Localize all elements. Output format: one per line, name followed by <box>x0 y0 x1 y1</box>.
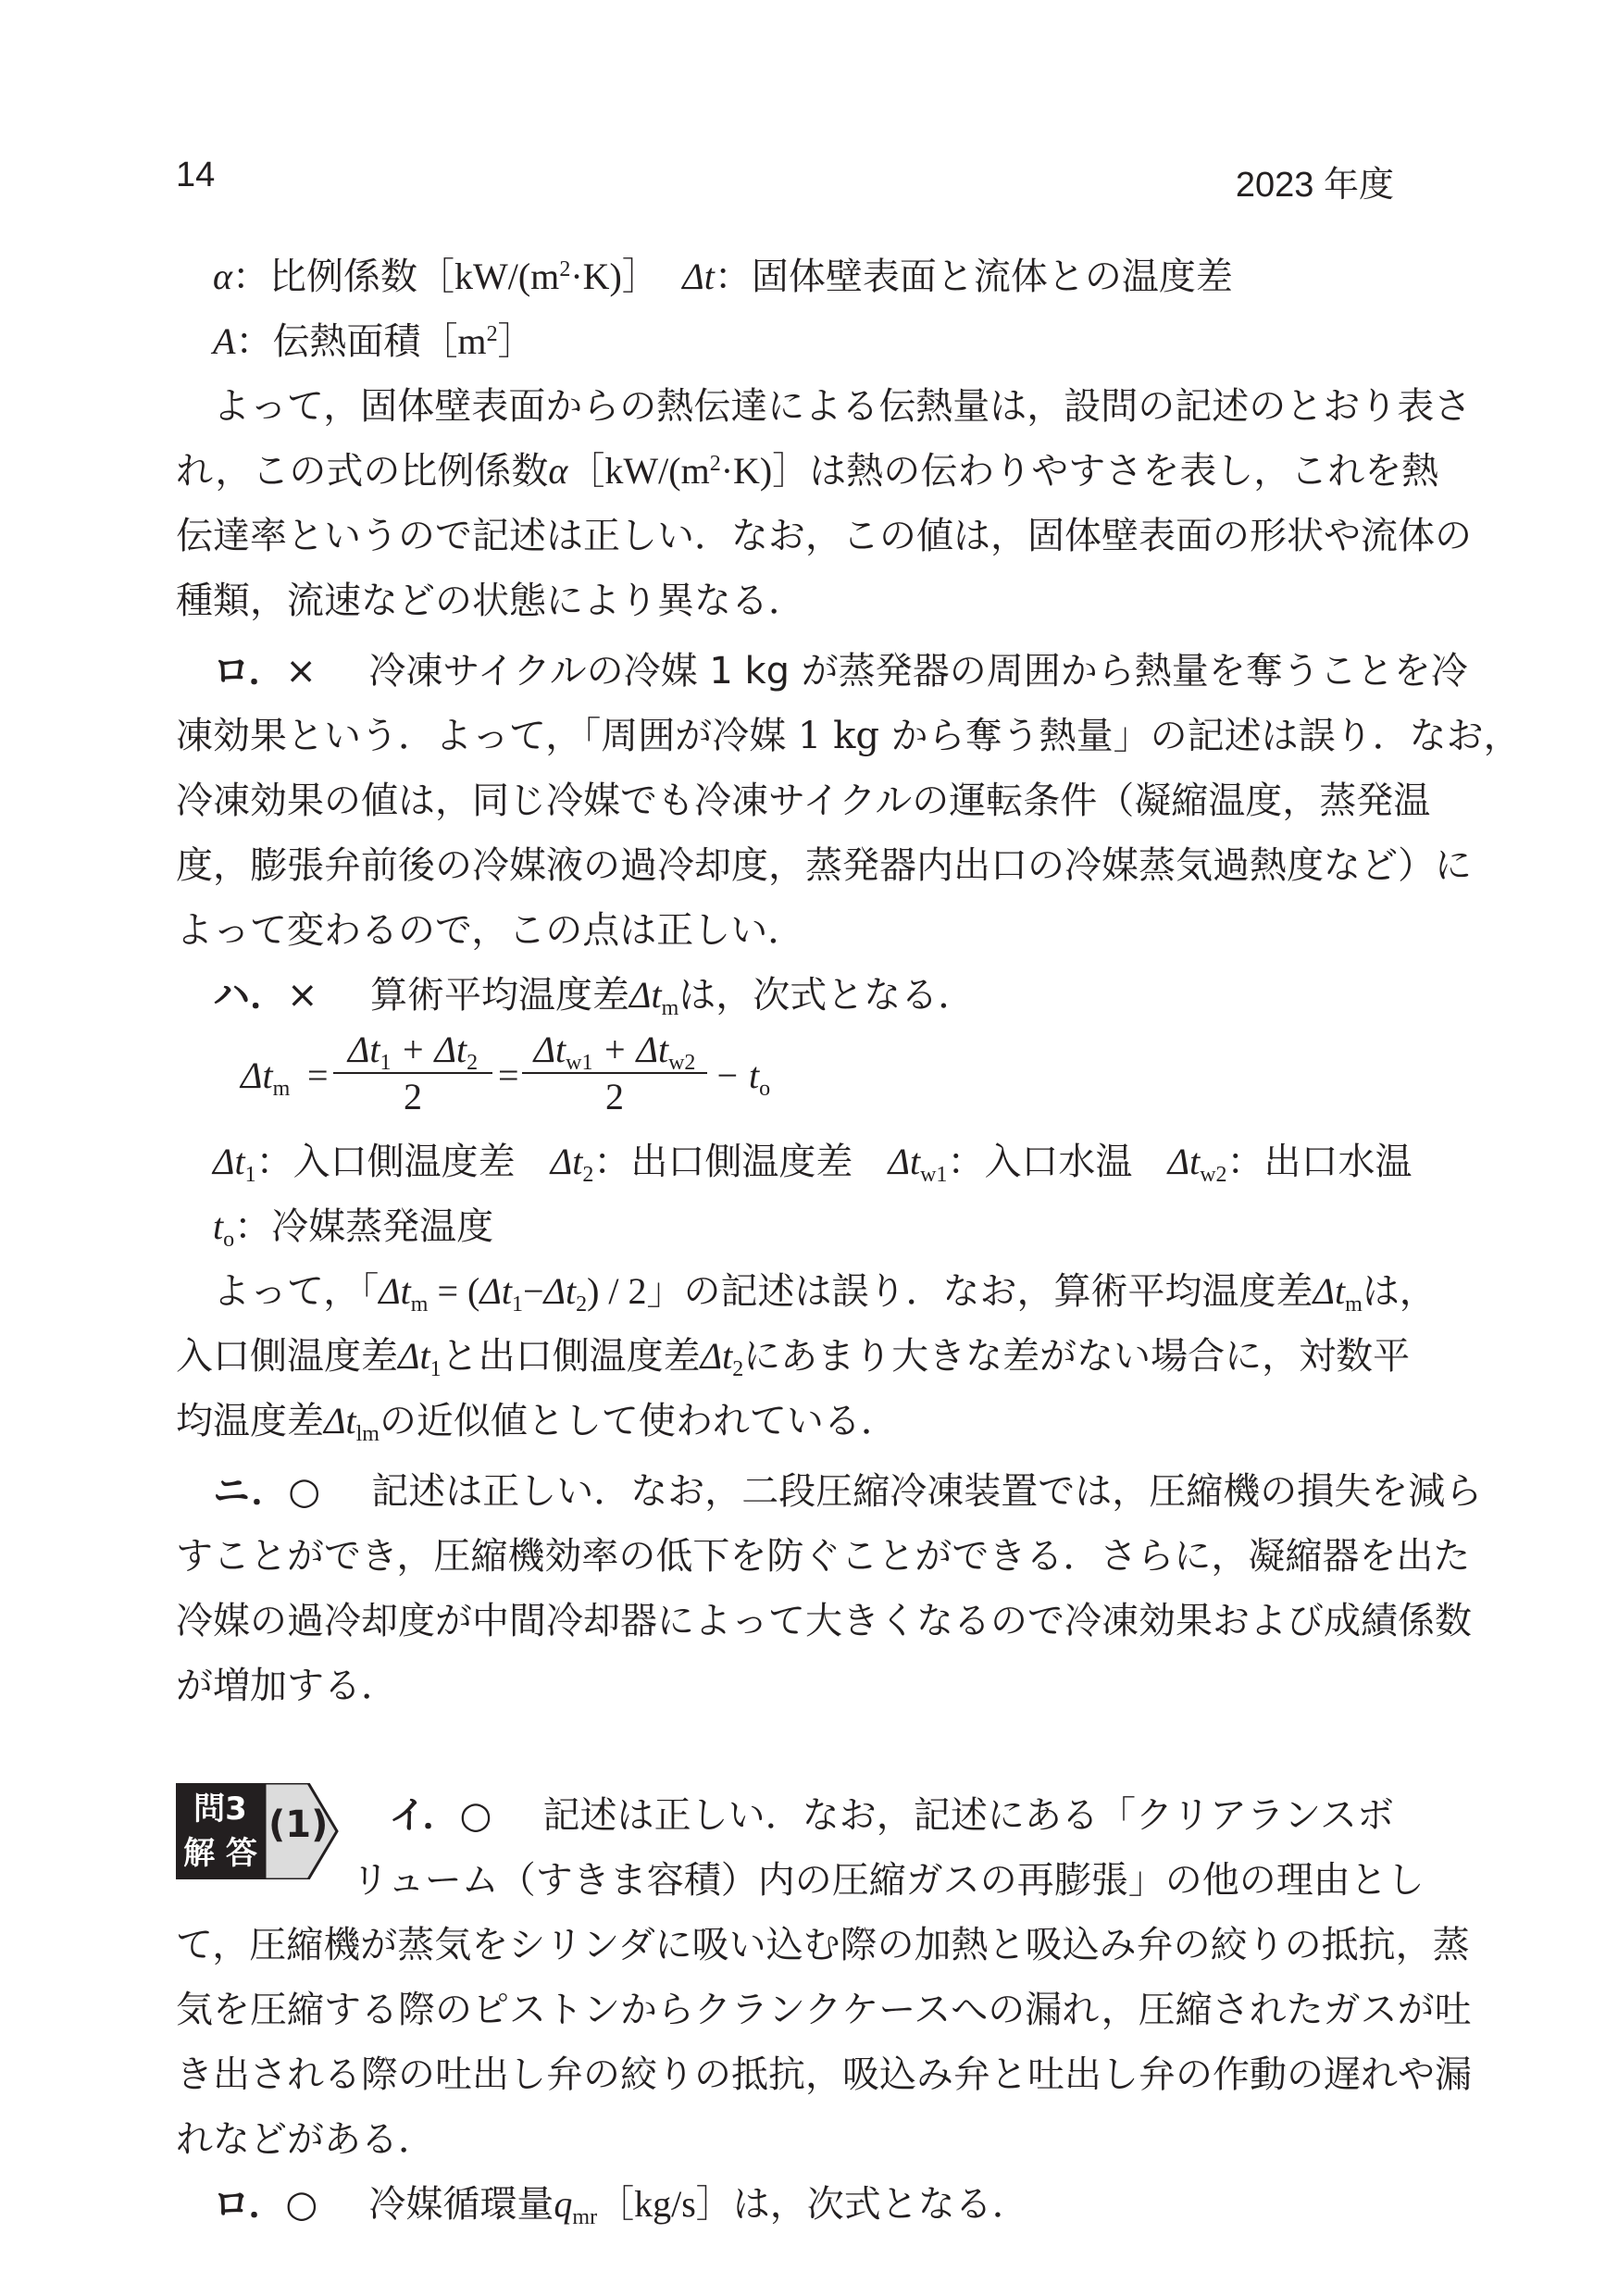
item-mark: イ． <box>389 1794 459 1837</box>
page-header: 14 2023 年度 <box>176 156 1394 202</box>
item-ro-line: ロ．×冷凍サイクルの冷媒 1 kg が蒸発器の周囲から熱量を奪うことを冷 <box>176 639 1394 704</box>
paragraph-line: れなどがある． <box>176 2107 1394 2172</box>
page-number: 14 <box>176 156 215 195</box>
paragraph-line: れ，この式の比例係数α［kW/(m2·K)］は熱の伝わりやすさを表し，これを熱 <box>176 439 1394 504</box>
item-mark: ニ． <box>213 1470 288 1513</box>
paragraph-line: 冷凍効果の値は，同じ冷媒でも冷凍サイクルの運転条件（凝縮温度，蒸発温 <box>176 768 1394 833</box>
paragraph-line: 度，膨張弁前後の冷媒液の過冷却度，蒸発器内出口の冷媒蒸気過熱度など）に <box>176 833 1394 898</box>
page-body: α：比例係数［kW/(m2·K)］ Δt：固体壁表面と流体との温度差 A：伝熱面… <box>176 244 1394 2237</box>
answer-badge: 問3 解 答 (1) <box>176 1783 338 1879</box>
paragraph-line: て，圧縮機が蒸気をシリンダに吸い込む際の加熱と吸込み弁の絞りの抵抗，蒸 <box>176 1913 1394 1978</box>
item-ni-line: ニ．○記述は正しい．なお，二段圧縮冷凍装置では，圧縮機の損失を減ら <box>176 1459 1394 1524</box>
paragraph-line: よって変わるので，この点は正しい． <box>176 898 1394 963</box>
item-ha-line: ハ．×算術平均温度差Δtmは，次式となる． <box>176 963 1394 1028</box>
formula-arithmetic-mean: Δtm = Δt1 + Δt2 2 = Δtw1 + Δtw2 2 − to <box>241 1028 1394 1129</box>
verdict-circle-icon: ○ <box>459 1783 542 1848</box>
paragraph-line: 気を圧縮する際のピストンからクランクケースへの漏れ，圧縮されたガスが吐 <box>176 1978 1394 2042</box>
item-q3-ro-line: ロ．○冷媒循環量qmr［kg/s］は，次式となる． <box>176 2172 1394 2237</box>
paragraph-line: 伝達率というので記述は正しい．なお，この値は，固体壁表面の形状や流体の <box>176 504 1394 568</box>
paragraph-line: 入口側温度差Δt1と出口側温度差Δt2にあまり大きな差がない場合に，対数平 <box>176 1324 1394 1389</box>
definition-line-area: A：伝熱面積［m2］ <box>176 309 1394 374</box>
fraction-1: Δt1 + Δt2 2 <box>333 1028 492 1120</box>
verdict-cross-icon: × <box>285 639 368 704</box>
page-year: 2023 年度 <box>1236 156 1394 206</box>
definition-line-alpha: α：比例係数［kW/(m2·K)］ Δt：固体壁表面と流体との温度差 <box>176 244 1394 309</box>
paragraph-line: よって，「Δtm = (Δt1−Δt2) / 2」の記述は誤り．なお，算術平均温… <box>176 1259 1394 1324</box>
item-mark: ハ． <box>213 974 287 1017</box>
paragraph-line: が増加する． <box>176 1653 1394 1718</box>
formula-definitions: Δt1：入口側温度差 Δt2：出口側温度差 Δtw1：入口水温 Δtw2：出口水… <box>176 1129 1394 1194</box>
fraction-2: Δtw1 + Δtw2 2 <box>522 1028 707 1120</box>
paragraph-line: よって，固体壁表面からの熱伝達による伝熱量は，設問の記述のとおり表さ <box>176 374 1394 439</box>
paragraph-line: 種類，流速などの状態により異なる． <box>176 568 1394 633</box>
paragraph-line: 冷媒の過冷却度が中間冷却器によって大きくなるので冷凍効果および成績係数 <box>176 1589 1394 1653</box>
paragraph-line: すことができ，圧縮機効率の低下を防ぐことができる．さらに，凝縮器を出た <box>176 1524 1394 1589</box>
paragraph-line: リューム（すきま容積）内の圧縮ガスの再膨張」の他の理由とし <box>352 1848 1394 1913</box>
verdict-circle-icon: ○ <box>285 2172 368 2237</box>
paragraph-line: 均温度差Δtlmの近似値として使われている． <box>176 1389 1394 1454</box>
item-mark: ロ． <box>213 650 285 693</box>
paragraph-line: 凍効果という．よって，「周囲が冷媒 1 kg から奪う熱量」の記述は誤り．なお， <box>176 704 1394 768</box>
question-3-answer: 問3 解 答 (1) イ．○記述は正しい．なお，記述にある「クリアランスボ リュ… <box>176 1783 1394 1913</box>
formula-definitions: to：冷媒蒸発温度 <box>176 1194 1394 1259</box>
verdict-circle-icon: ○ <box>288 1459 371 1524</box>
item-mark: ロ． <box>213 2183 285 2226</box>
item-i-line: イ．○記述は正しい．なお，記述にある「クリアランスボ <box>352 1783 1394 1848</box>
verdict-cross-icon: × <box>287 963 370 1028</box>
paragraph-line: き出される際の吐出し弁の絞りの抵抗，吸込み弁と吐出し弁の作動の遅れや漏 <box>176 2042 1394 2107</box>
